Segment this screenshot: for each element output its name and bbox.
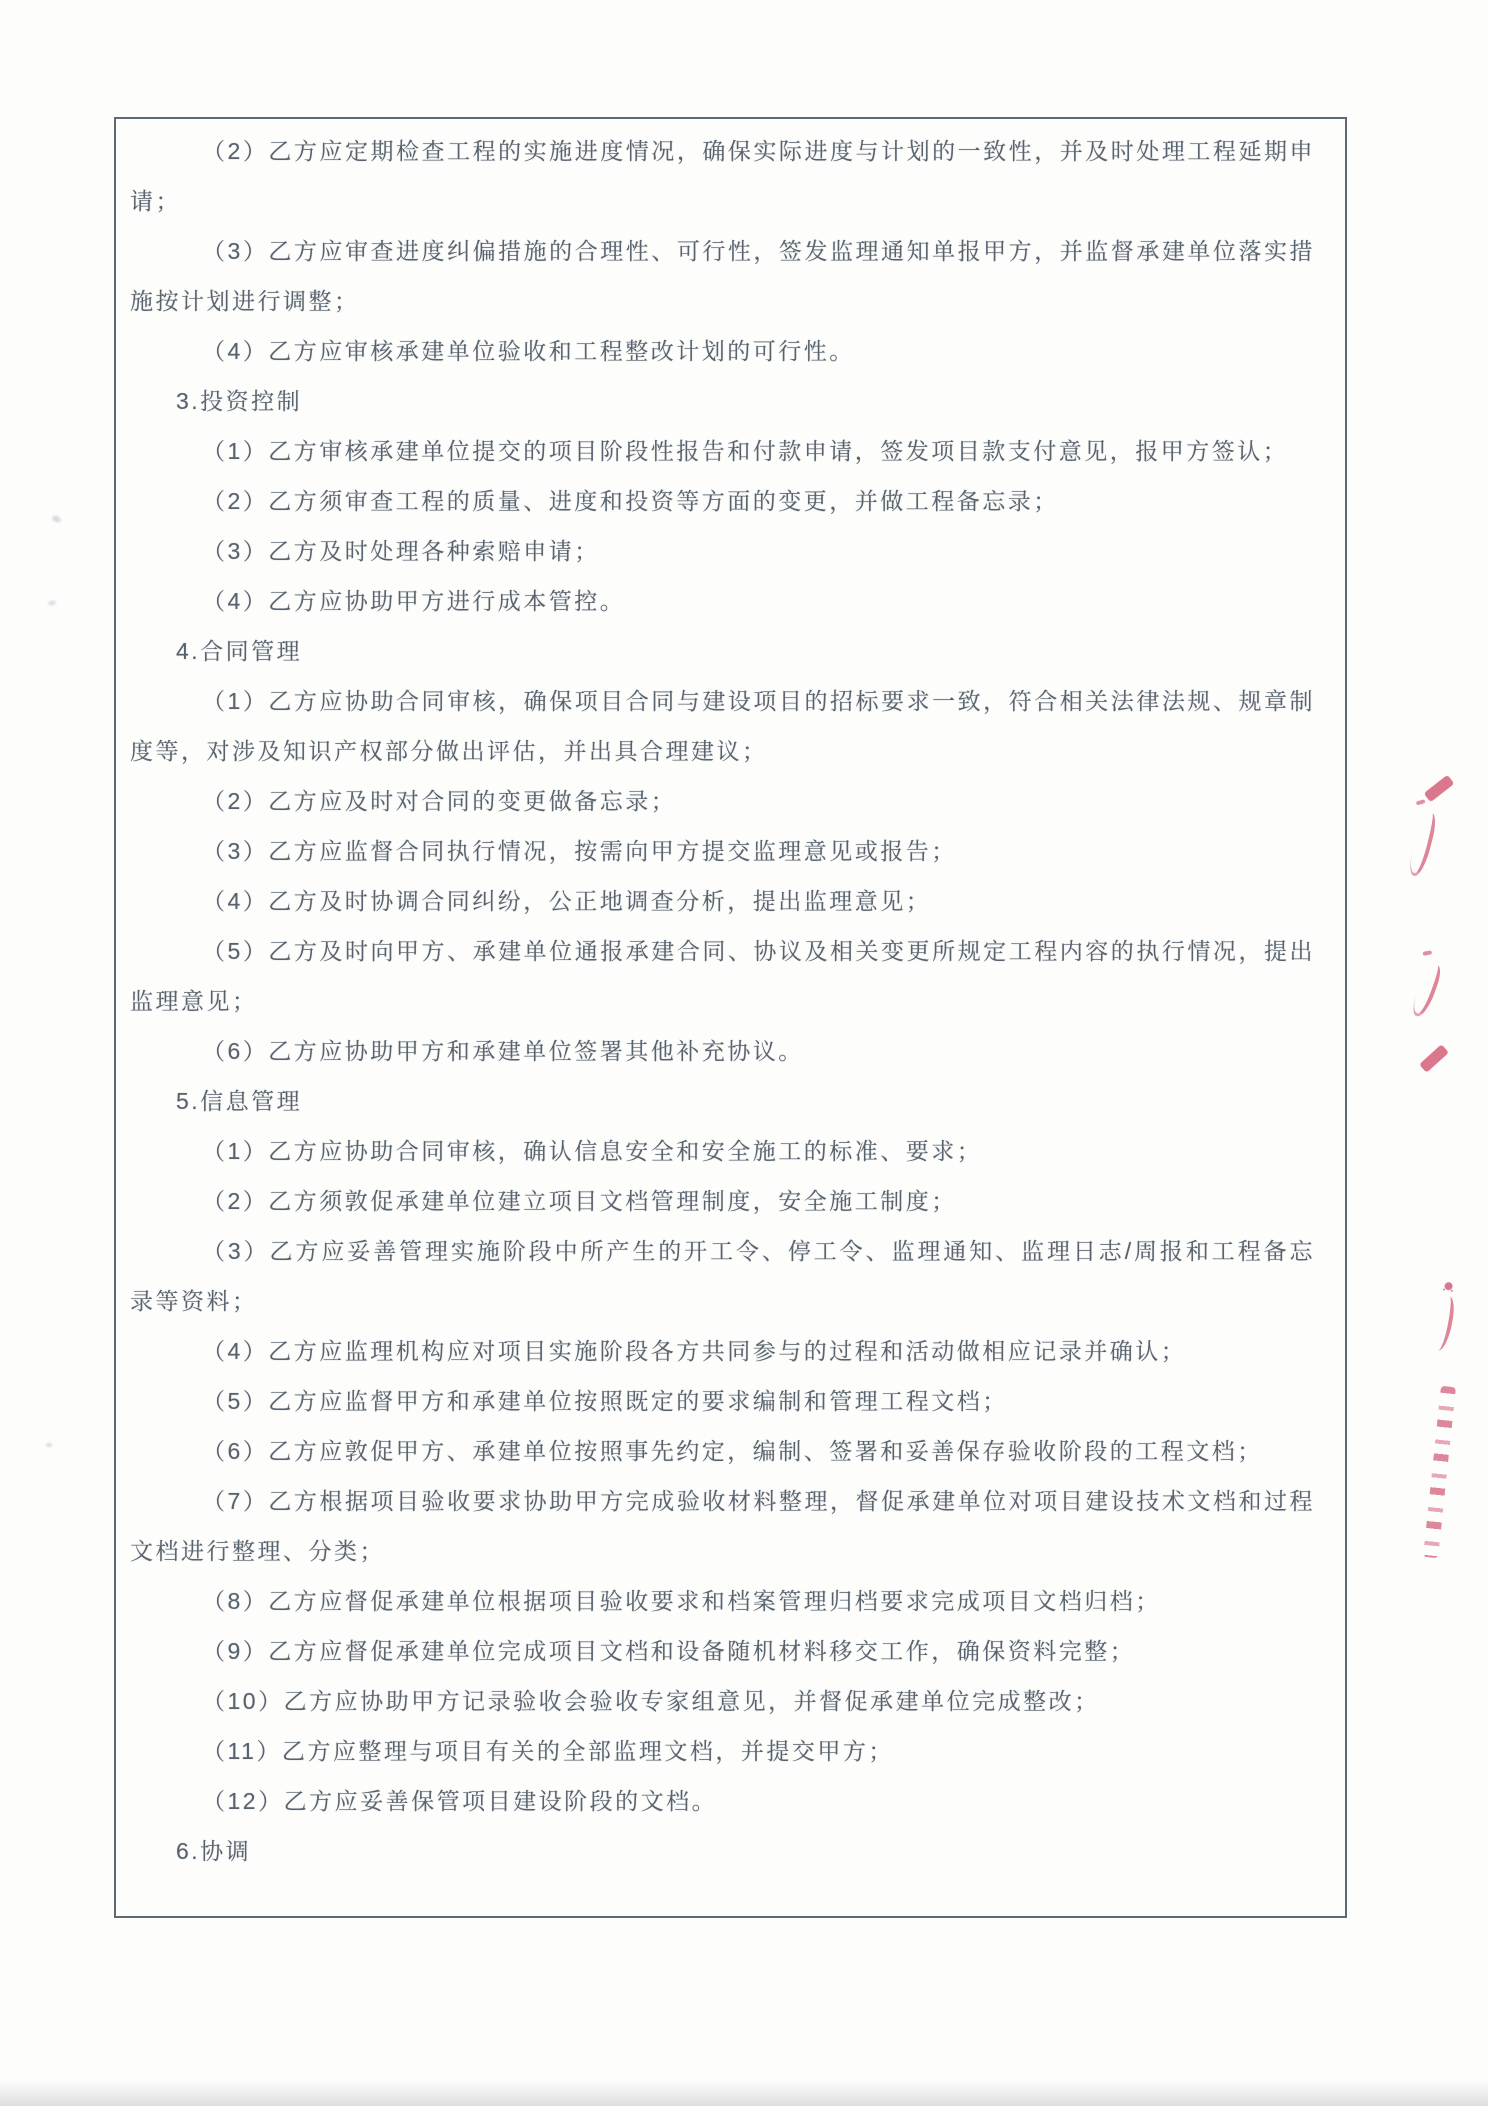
- scan-speck: [48, 600, 57, 605]
- clause-paragraph: （1）乙方应协助合同审核，确认信息安全和安全施工的标准、要求；: [130, 1126, 1315, 1176]
- clause-paragraph: （4）乙方应协助甲方进行成本管控。: [130, 576, 1315, 626]
- clause-paragraph: （1）乙方应协助合同审核，确保项目合同与建设项目的招标要求一致，符合相关法律法规…: [130, 676, 1315, 776]
- clause-paragraph: 6.协调: [130, 1826, 1315, 1876]
- clause-paragraph: （3）乙方及时处理各种索赔申请；: [130, 526, 1315, 576]
- clause-paragraph: （10）乙方应协助甲方记录验收会验收专家组意见，并督促承建单位完成整改；: [130, 1676, 1315, 1726]
- clause-paragraph: 5.信息管理: [130, 1076, 1315, 1126]
- red-ink-stamp-fragment: [1424, 775, 1454, 802]
- page-bottom-scan-shadow: [0, 2080, 1488, 2106]
- scan-speck: [51, 514, 62, 523]
- clause-paragraph: （6）乙方应协助甲方和承建单位签署其他补充协议。: [130, 1026, 1315, 1076]
- clause-paragraph: （4）乙方应监理机构应对项目实施阶段各方共同参与的过程和活动做相应记录并确认；: [130, 1326, 1315, 1376]
- red-ink-stamp-fragment: [1431, 1295, 1456, 1352]
- clause-paragraph: （5）乙方及时向甲方、承建单位通报承建合同、协议及相关变更所规定工程内容的执行情…: [130, 926, 1315, 1026]
- contract-clause-box: （2）乙方应定期检查工程的实施进度情况，确保实际进度与计划的一致性，并及时处理工…: [114, 117, 1347, 1918]
- red-ink-stamp-fragment: [1419, 1044, 1449, 1072]
- clause-paragraph: （3）乙方应妥善管理实施阶段中所产生的开工令、停工令、监理通知、监理日志/周报和…: [130, 1226, 1315, 1326]
- clause-paragraph: （12）乙方应妥善保管项目建设阶段的文档。: [130, 1776, 1315, 1826]
- scanned-contract-page: （2）乙方应定期检查工程的实施进度情况，确保实际进度与计划的一致性，并及时处理工…: [0, 0, 1488, 2106]
- clause-paragraph: （9）乙方应督促承建单位完成项目文档和设备随机材料移交工作，确保资料完整；: [130, 1626, 1315, 1676]
- scan-speck: [46, 1443, 52, 1447]
- clause-paragraph: （2）乙方应及时对合同的变更做备忘录；: [130, 776, 1315, 826]
- clause-paragraph: （3）乙方应审查进度纠偏措施的合理性、可行性，签发监理通知单报甲方，并监督承建单…: [130, 226, 1315, 326]
- clause-paragraph: （4）乙方及时协调合同纠纷，公正地调查分析，提出监理意见；: [130, 876, 1315, 926]
- clause-paragraph: （8）乙方应督促承建单位根据项目验收要求和档案管理归档要求完成项目文档归档；: [130, 1576, 1315, 1626]
- clause-paragraph: 3.投资控制: [130, 376, 1315, 426]
- clause-paragraph: （4）乙方应审核承建单位验收和工程整改计划的可行性。: [130, 326, 1315, 376]
- clause-paragraph: （1）乙方审核承建单位提交的项目阶段性报告和付款申请，签发项目款支付意见，报甲方…: [130, 426, 1315, 476]
- clause-paragraph: （7）乙方根据项目验收要求协助甲方完成验收材料整理，督促承建单位对项目建设技术文…: [130, 1476, 1315, 1576]
- red-ink-stamp-fragment: [1406, 811, 1438, 878]
- clause-paragraph: （6）乙方应敦促甲方、承建单位按照事先约定，编制、签署和妥善保存验收阶段的工程文…: [130, 1426, 1315, 1476]
- clause-paragraph: （2）乙方须审查工程的质量、进度和投资等方面的变更，并做工程备忘录；: [130, 476, 1315, 526]
- clause-paragraph: （2）乙方须敦促承建单位建立项目文档管理制度，安全施工制度；: [130, 1176, 1315, 1226]
- clause-paragraph: （5）乙方应监督甲方和承建单位按照既定的要求编制和管理工程文档；: [130, 1376, 1315, 1426]
- red-ink-stamp-fragment: [1409, 962, 1444, 1019]
- clause-paragraph: （3）乙方应监督合同执行情况，按需向甲方提交监理意见或报告；: [130, 826, 1315, 876]
- red-ink-stamp-fragment: [1423, 1386, 1456, 1559]
- clause-paragraph-list: （2）乙方应定期检查工程的实施进度情况，确保实际进度与计划的一致性，并及时处理工…: [130, 126, 1315, 1876]
- clause-paragraph: 4.合同管理: [130, 626, 1315, 676]
- clause-paragraph: （11）乙方应整理与项目有关的全部监理文档，并提交甲方；: [130, 1726, 1315, 1776]
- clause-paragraph: （2）乙方应定期检查工程的实施进度情况，确保实际进度与计划的一致性，并及时处理工…: [130, 126, 1315, 226]
